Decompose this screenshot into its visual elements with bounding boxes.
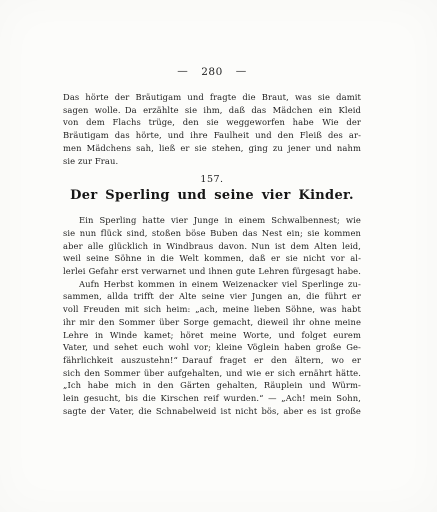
text-line: sich den Sommer über aufgehalten, und wi… — [63, 367, 361, 380]
text-line: sammen, allda trifft der Alte seine vier… — [63, 290, 361, 303]
text-block: Das hörte der Bräutigam und fragte die B… — [63, 91, 361, 417]
text-line: fährlichkeit auszustehn!“ Darauf fraget … — [63, 354, 361, 367]
paragraph-story-opening: Ein Sperling hatte vier Junge in einem S… — [63, 214, 361, 278]
paragraph-continuation: Das hörte der Bräutigam und fragte die B… — [63, 91, 361, 167]
text-line: Lehre in Winde kamet; höret meine Worte,… — [63, 329, 361, 342]
text-line: Vater, und sehet euch wohl vor; kleine V… — [63, 341, 361, 354]
header-dash-right: — — [236, 65, 247, 77]
text-line: Ein Sperling hatte vier Junge in einem S… — [63, 214, 361, 227]
book-page: —280— Das hörte der Bräutigam und fragte… — [0, 0, 437, 512]
header-dash-left: — — [177, 65, 188, 77]
text-line: Aufn Herbst kommen in einem Weizenacker … — [63, 278, 361, 291]
text-line: sie nun flück sind, stoßen böse Buben da… — [63, 227, 361, 240]
text-line: lerlei Gefahr erst verwarnet und ihnen g… — [63, 265, 361, 278]
text-line: Bräutigam das hörte, und ihre Faulheit u… — [63, 129, 361, 142]
text-line: sagen wolle. Da erzählte sie ihm, daß da… — [63, 104, 361, 117]
text-line: Das hörte der Bräutigam und fragte die B… — [63, 91, 361, 104]
text-line: ihr mir den Sommer über Sorge gemacht, d… — [63, 316, 361, 329]
text-line: sagte der Vater, die Schnabelweid ist ni… — [63, 405, 361, 418]
text-line: men Mädchens sah, ließ er sie stehen, gi… — [63, 142, 361, 155]
paragraph-story-body: Aufn Herbst kommen in einem Weizenacker … — [63, 278, 361, 418]
text-line: weil seine Söhne in die Welt kommen, daß… — [63, 252, 361, 265]
text-line: sie zur Frau. — [63, 155, 361, 168]
text-line: von dem Flachs trüge, den sie weggeworfe… — [63, 116, 361, 129]
running-head: —280— — [63, 66, 361, 78]
text-line: lein gesucht, bis die Kirschen reif wurd… — [63, 392, 361, 405]
text-line: voll Freuden mit sich heim: „ach, meine … — [63, 303, 361, 316]
text-line: „Ich habe mich in den Gärten gehalten, R… — [63, 379, 361, 392]
section-number: 157. — [63, 174, 361, 185]
section-title: Der Sperling und seine vier Kinder. — [63, 188, 361, 204]
page-number: 280 — [201, 66, 223, 78]
text-line: aber alle glücklich in Windbraus davon. … — [63, 240, 361, 253]
